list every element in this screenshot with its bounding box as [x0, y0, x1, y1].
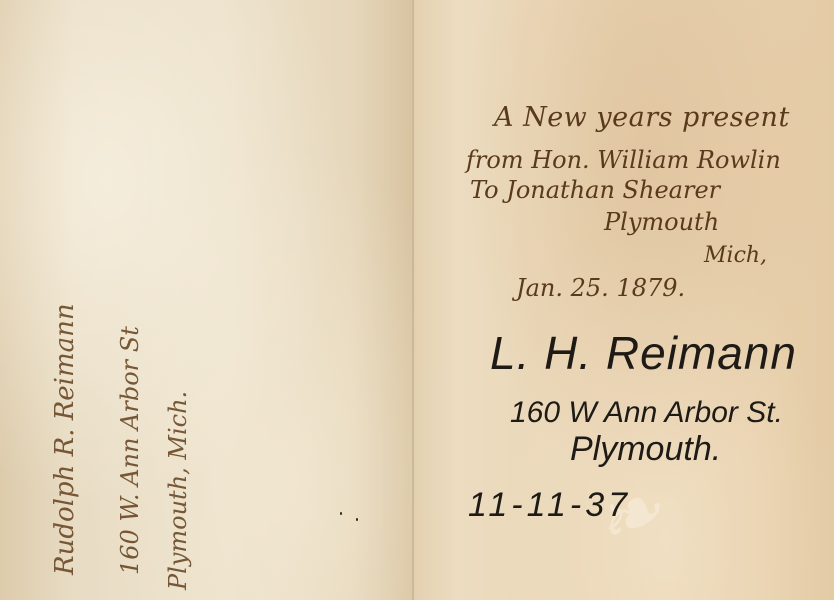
signature-name: L. H. Reimann [490, 330, 797, 376]
ink-speck [340, 512, 342, 515]
book-spread: Rudolph R. Reimann 160 W. Ann Arbor St P… [0, 0, 834, 600]
inscription-line-to: To Jonathan Shearer [470, 178, 720, 202]
signature-street: 160 W Ann Arbor St. [510, 398, 783, 428]
left-inscription-name: Rudolph R. Reimann [52, 303, 78, 575]
signature-date: 11-11-37 [468, 488, 631, 522]
inscription-line-date: Jan. 25. 1879. [516, 276, 685, 300]
inscription-line-city: Plymouth [604, 210, 719, 234]
inscription-line-state: Mich, [704, 245, 767, 267]
right-page: ❧ A New years present from Hon. William … [414, 0, 834, 600]
ink-speck [356, 518, 358, 521]
left-inscription-city: Plymouth, Mich. [166, 391, 190, 590]
signature-city: Plymouth. [570, 432, 721, 466]
left-page: Rudolph R. Reimann 160 W. Ann Arbor St P… [0, 0, 414, 600]
left-inscription-street: 160 W. Ann Arbor St [118, 326, 142, 575]
inscription-line-from: from Hon. William Rowlin [466, 148, 781, 172]
inscription-line-heading: A New years present [494, 104, 790, 131]
